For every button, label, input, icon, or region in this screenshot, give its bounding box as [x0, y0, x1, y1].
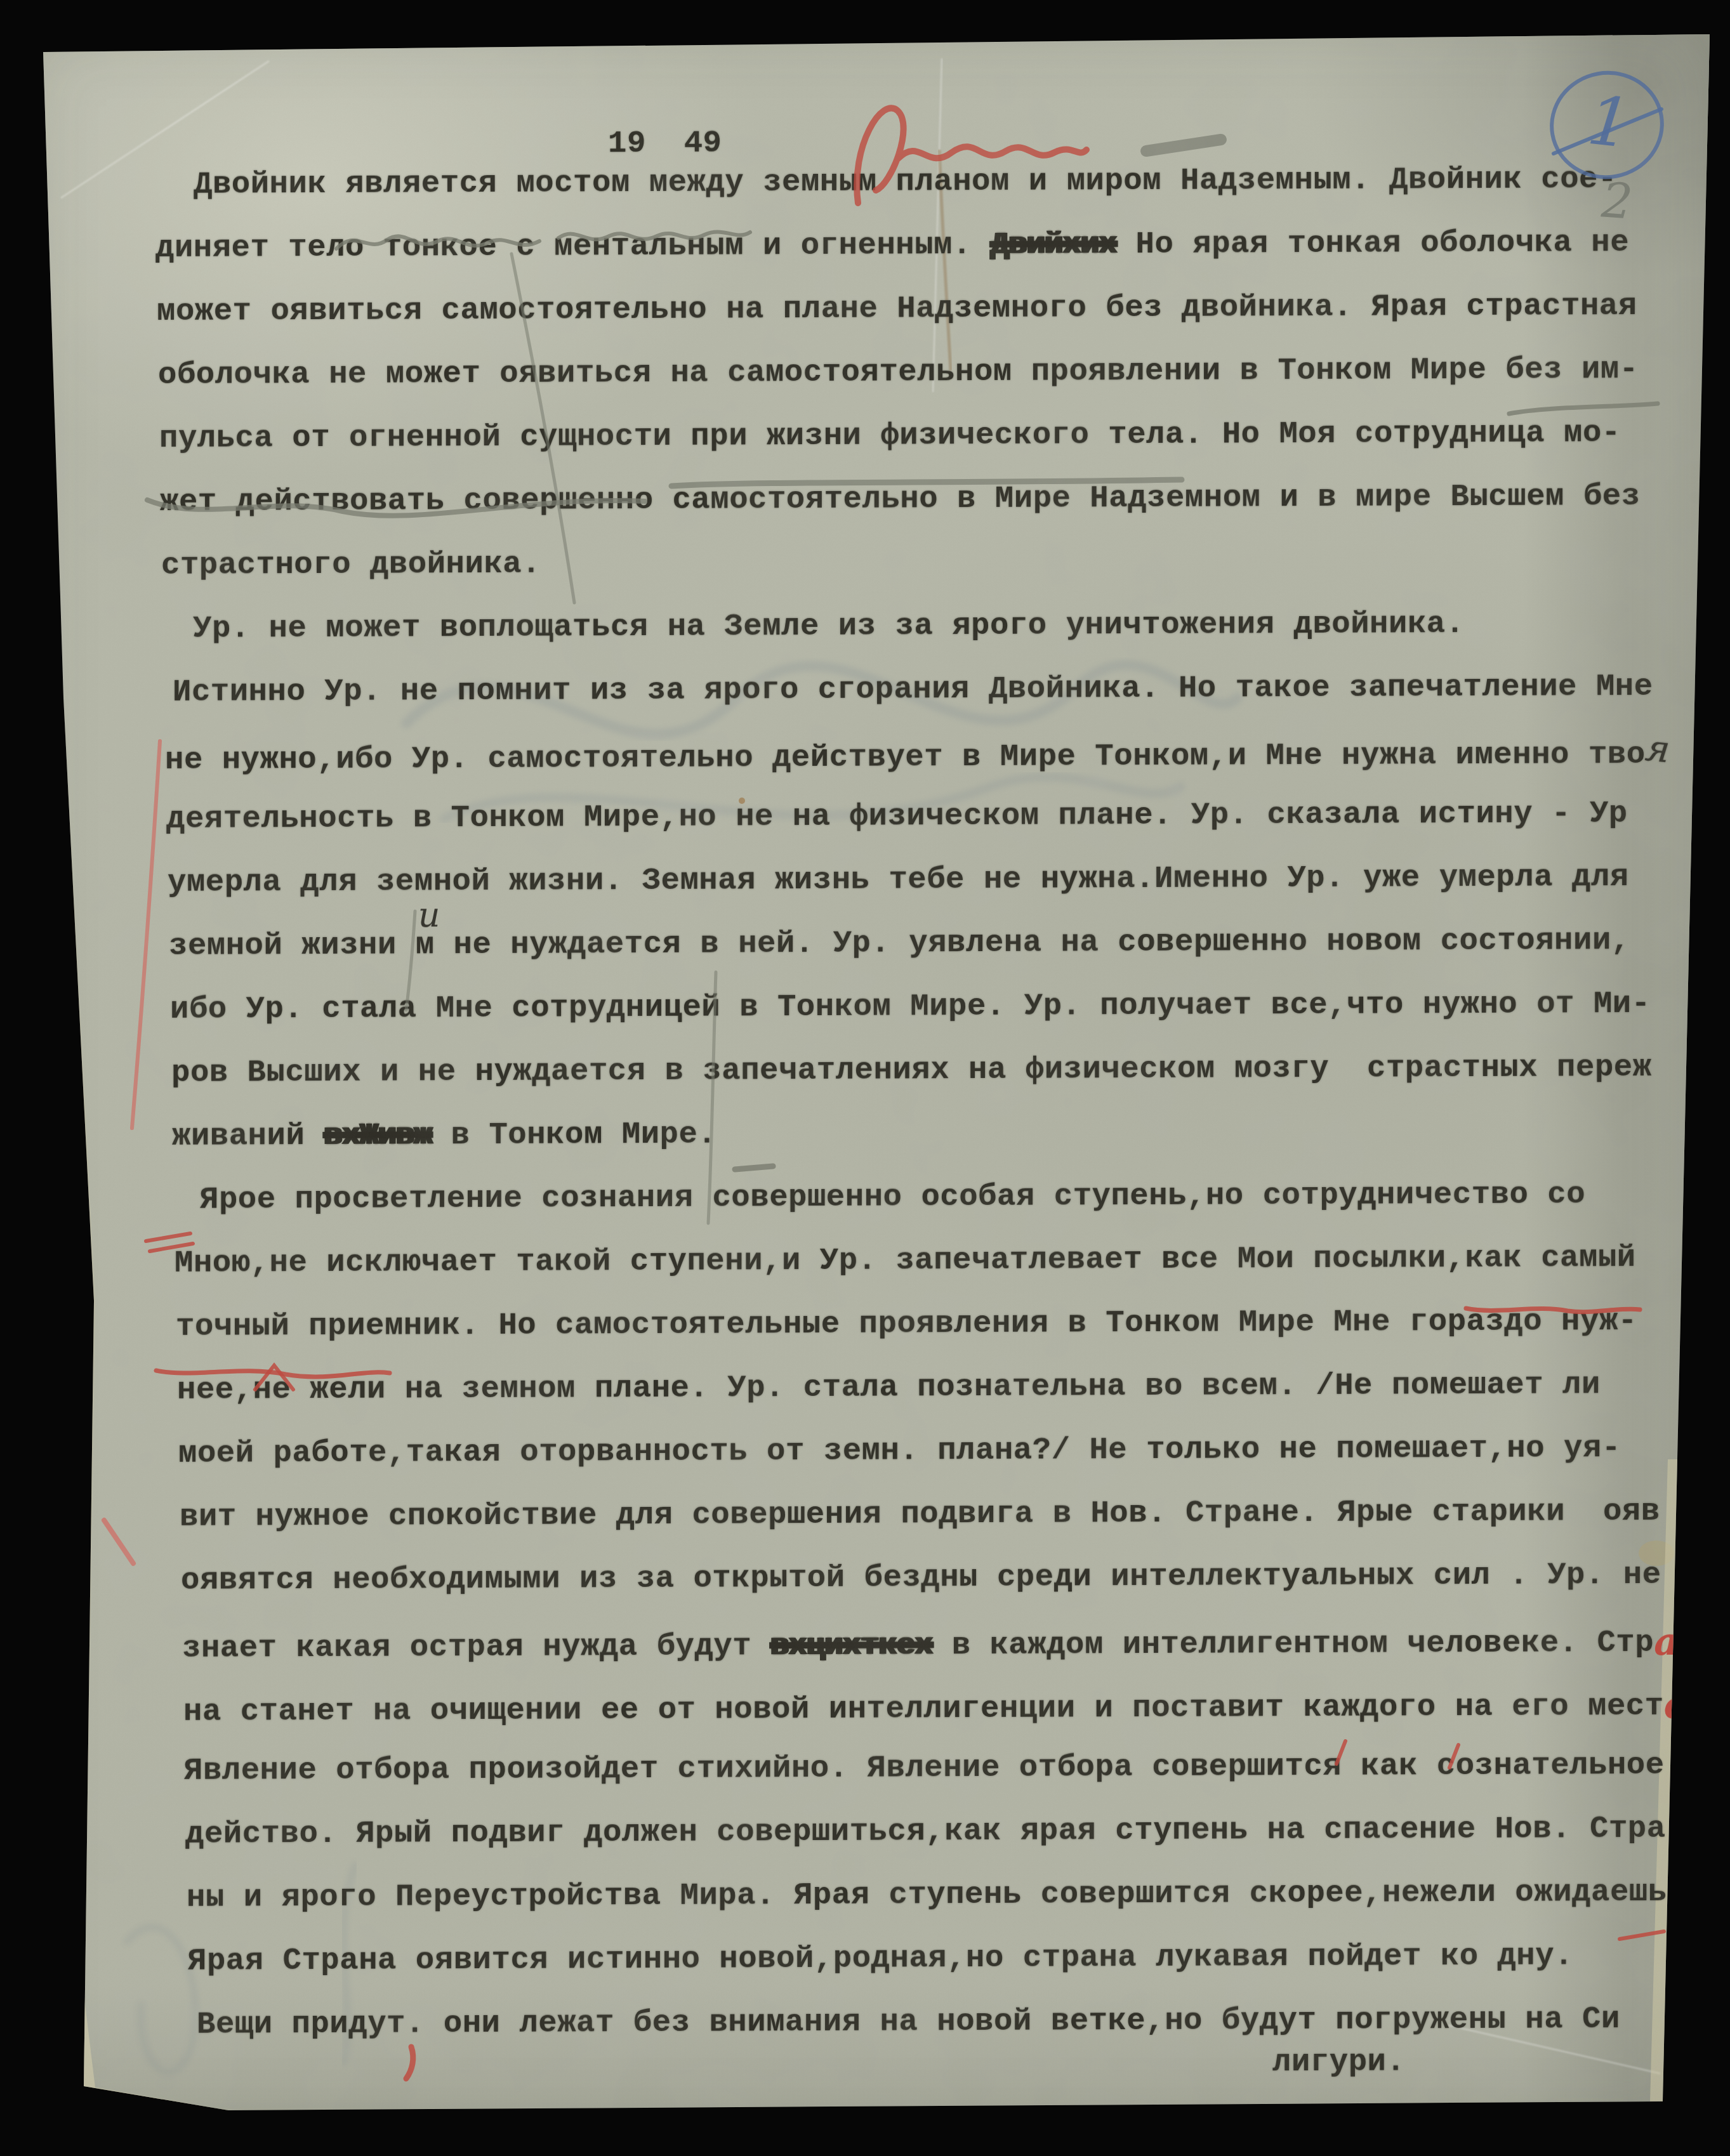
typed-line: оболочка не может оявиться на самостояте…	[158, 351, 1639, 393]
typed-text: диняет тело тонкое с ментальным и огненн…	[155, 227, 991, 266]
handwritten-letter: я	[1644, 729, 1672, 768]
handwritten-red-letter: а	[1654, 1624, 1677, 1660]
typed-line: ны и ярого Переустройства Мира. Ярая сту…	[187, 1874, 1667, 1916]
typed-line: нее,не жели на земном плане. Ур. стала п…	[177, 1366, 1601, 1409]
typed-text: Истинно Ур. не помнит из за ярого сгоран…	[173, 669, 1653, 710]
typed-text: нее,не жели на земном плане. Ур. стала п…	[177, 1367, 1601, 1408]
typed-text: в каждом интеллигентном человеке. Стр	[933, 1625, 1654, 1663]
page-number: 1	[1567, 74, 1652, 170]
typed-text: живаний	[172, 1118, 324, 1154]
typed-text: земной жизни	[169, 927, 416, 963]
typed-line: пульса от огненной сущности при жизни фи…	[159, 414, 1621, 457]
typed-text: знает какая острая нужда будут	[182, 1628, 770, 1666]
typed-text: моей работе,такая оторванность от земн. …	[178, 1430, 1621, 1471]
typed-text: Ур. не может воплощаться на Земле из за …	[193, 606, 1465, 647]
typed-line: Ярое просветление сознания совершенно ос…	[200, 1176, 1585, 1218]
typed-line: Явление отбора произойдет стихийно. Явле…	[184, 1747, 1665, 1789]
handwritten-red-letter: о,	[1664, 1687, 1700, 1724]
typed-text: ибо Ур. стала Мне сотрудницей в Тонком М…	[170, 986, 1651, 1027]
typed-year: 19 49	[608, 125, 722, 162]
typed-text: Ярая Страна оявится истинно новой,родная…	[188, 1938, 1573, 1978]
typed-text: не нужно,ибо Ур. самостоятельно действуе…	[165, 737, 1646, 778]
scanned-document-canvas: 19 49 Двойник является мостом между земн…	[0, 0, 1730, 2156]
typed-text: пульса от огненной сущности при жизни фи…	[159, 415, 1621, 456]
typed-line: точный приемник. Но самостоятельные проя…	[176, 1303, 1637, 1345]
typed-line: страстного двойника.	[161, 546, 541, 584]
typed-line: Ур. не может воплощаться на Земле из за …	[193, 605, 1465, 647]
typed-text: может оявиться самостоятельно на плане Н…	[157, 288, 1637, 329]
typed-line: жет действовать совершенно самостоятельн…	[160, 478, 1641, 520]
typed-line: ров Высших и не нуждается в запечатления…	[171, 1049, 1652, 1091]
pencil-page-number: 2	[1600, 171, 1634, 230]
typed-text: ны и ярого Переустройства Мира. Ярая сту…	[187, 1874, 1667, 1916]
typed-text: действо. Ярый подвиг должен совершиться,…	[185, 1811, 1666, 1852]
typed-text: лигури.	[1272, 2044, 1405, 2080]
handwritten-correction-above: и	[418, 897, 440, 933]
typed-line: диняет тело тонкое с ментальным и огненн…	[155, 224, 1629, 266]
typed-line: Ярая Страна оявится истинно новой,родная…	[188, 1937, 1573, 1979]
typed-line: деятельность в Тонком Мире,но не на физи…	[166, 795, 1628, 838]
typed-text: Вещи придут. они лежат без внимания на н…	[197, 2001, 1620, 2042]
typed-line: оявятся необходимыми из за открытой безд…	[181, 1556, 1661, 1599]
typed-line: лигури.	[1272, 2043, 1405, 2080]
typed-text: Явление отбора произойдет стихийно. Явле…	[184, 1747, 1665, 1789]
typed-line: может оявиться самостоятельно на плане Н…	[157, 287, 1637, 330]
typed-line: знает какая острая нужда будут вхцихткех…	[182, 1620, 1677, 1667]
typed-text: не нуждается в ней. Ур. уявлена на совер…	[435, 923, 1630, 963]
typed-line: живаний вхЖивж в Тонком Мире.	[172, 1116, 716, 1155]
typed-line: Двойник является мостом между земным пла…	[194, 161, 1617, 203]
typed-line: Мною,не исключает такой ступени,и Ур. за…	[175, 1239, 1636, 1282]
overstruck-word: вхцихткех	[770, 1627, 933, 1664]
typed-line: ибо Ур. стала Мне сотрудницей в Тонком М…	[170, 985, 1651, 1028]
typed-line: земной жизни ми не нуждается в ней. Ур. …	[169, 922, 1630, 964]
typed-line: не нужно,ибо Ур. самостоятельно действуе…	[165, 732, 1670, 779]
typed-text: точный приемник. Но самостоятельные проя…	[176, 1303, 1637, 1344]
typed-line: вит нужное спокойствие для совершения по…	[180, 1493, 1660, 1535]
typed-text: вит нужное спокойствие для совершения по…	[180, 1494, 1660, 1535]
typed-text-layer: 19 49 Двойник является мостом между земн…	[0, 0, 1730, 2156]
overstruck-word: Двийхих	[991, 227, 1117, 263]
typed-line: моей работе,такая оторванность от земн. …	[178, 1430, 1621, 1472]
corrected-letter: ми	[416, 927, 435, 963]
typed-text: Мною,не исключает такой ступени,и Ур. за…	[175, 1240, 1636, 1281]
typed-text: Двойник является мостом между земным пла…	[194, 161, 1617, 202]
typed-text: оявятся необходимыми из за открытой безд…	[181, 1557, 1661, 1598]
typed-line: на станет на очищении ее от новой интелл…	[183, 1683, 1700, 1730]
typed-text: жет действовать совершенно самостоятельн…	[160, 478, 1641, 520]
typed-text: страстного двойника.	[161, 546, 541, 583]
overstruck-word: вхЖивж	[324, 1117, 432, 1154]
typed-text: в Тонком Мире.	[432, 1117, 717, 1154]
typed-line: Истинно Ур. не помнит из за ярого сгоран…	[173, 668, 1653, 711]
typed-line: действо. Ярый подвиг должен совершиться,…	[185, 1810, 1666, 1853]
typed-text: оболочка не может оявиться на самостояте…	[158, 352, 1639, 393]
typed-line: Вещи придут. они лежат без внимания на н…	[197, 2001, 1620, 2043]
paper-sheet: 19 49 Двойник является мостом между земн…	[0, 0, 1730, 2156]
typed-text: деятельность в Тонком Мире,но не на физи…	[166, 796, 1628, 837]
typed-text: умерла для земной жизни. Земная жизнь те…	[168, 859, 1629, 900]
typed-line: умерла для земной жизни. Земная жизнь те…	[168, 858, 1629, 901]
typed-text: Но ярая тонкая оболочка не	[1117, 225, 1629, 262]
typed-text: на станет на очищении ее от новой интелл…	[183, 1688, 1664, 1730]
typed-text: ров Высших и не нуждается в запечатления…	[171, 1049, 1652, 1091]
typed-text: Ярое просветление сознания совершенно ос…	[200, 1176, 1585, 1217]
